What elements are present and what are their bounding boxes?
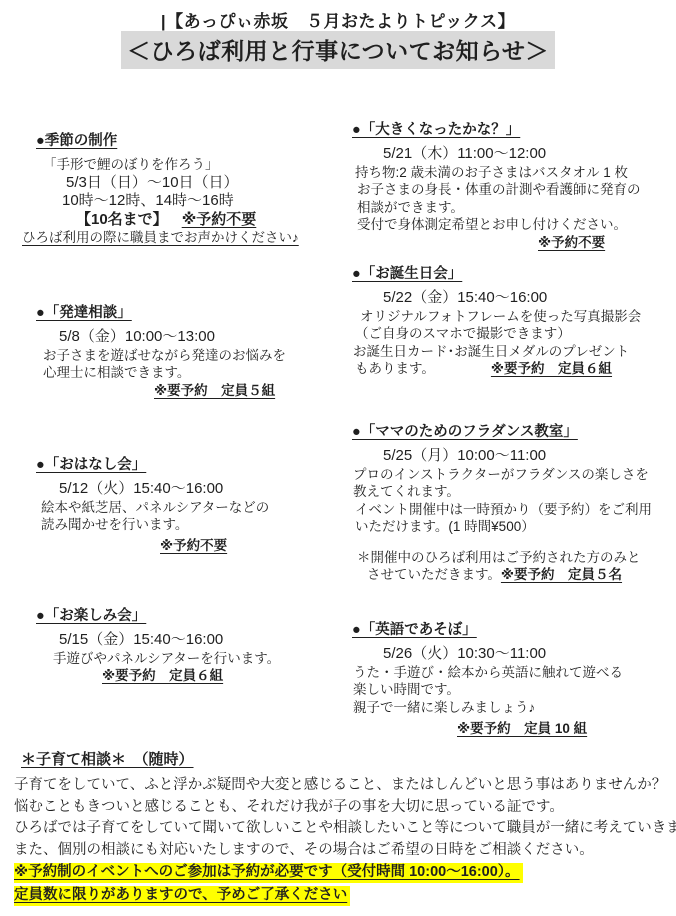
section-line: 【10名まで】※予約不要 [76,211,346,230]
text-run: もあります。 [355,361,435,376]
section-line: 親子で一緒に楽しみましょう♪ [353,699,672,717]
section-heading: ●「大きくなったかな？」 [352,120,672,140]
section-line: ひろば利用の際に職員までお声かけください♪ [22,229,346,247]
section-heading: ●「ママのためのフラダンス教室」 [352,422,672,442]
text-run: 持ち物:2 歳未満のお子さまはバスタオル 1 枚 [355,165,628,180]
text-run: 5/26（火）10:30～11:00 [383,645,546,662]
text-run: うた・手遊び・絵本から英語に触れて遊べる [353,665,623,680]
section-line: イベント開催中は一時預かり（要予約）をご利用 [355,501,672,519]
text-run: 5/8（金）10:00～13:00 [59,328,215,345]
section-line: 5/12（火）15:40～16:00 [59,480,336,499]
text-run: 5/25（月）10:00～11:00 [383,447,546,464]
section-line: させていただきます。※要予約 定員５名 [367,566,672,584]
consultation-footer: ＊子育て相談＊ （随時） 子育てをしていて、ふと浮かぶ疑問や大変と感じること、ま… [14,750,674,906]
text-run: 楽しい時間です。 [353,682,460,697]
section-line: 5/22（金）15:40～16:00 [383,289,672,308]
section-line: 5/21（木）11:00～12:00 [383,145,672,164]
section-line: ※予約不要 [538,234,672,252]
reservation-note: ※予約不要 [182,211,257,228]
event-section-hula-dance: ●「ママのためのフラダンス教室」5/25（月）10:00～11:00プロのインス… [352,422,672,584]
section-line: ※予約不要 [160,537,336,555]
section-heading: ●「お楽しみ会」 [36,606,336,626]
text-run: 教えてくれます。 [353,484,460,499]
text-run: お誕生日カード･お誕生日メダルのプレゼント [353,344,629,359]
text-run: させていただきます。 [367,567,501,582]
text-run: 5/15（金）15:40～16:00 [59,631,223,648]
section-line: 5/26（火）10:30～11:00 [383,645,672,664]
text-run: 5/3日（日）～10日（日） [66,174,239,191]
section-heading: ●「英語であそぼ」 [352,620,672,640]
section-line: 手遊びやパネルシアターを行います。 [53,650,336,668]
footer-text-line: ひろばでは子育てをしていて聞いて欲しいことや相談したいこと等について職員が一緒に… [14,818,674,840]
reservation-note: ※予約不要 [538,235,605,250]
newsletter-page: |【あっぴぃ赤坂 ５月おたよりトピックス】 ＜ひろば利用と行事についてお知らせ＞… [0,0,676,916]
section-heading: ●「おはなし会」 [36,455,336,475]
section-line: 楽しい時間です。 [353,681,672,699]
text-run: プロのインストラクターがフラダンスの楽しさを [353,467,649,482]
yellow-highlight-text: 定員数に限りがありますので、予めご了承ください [14,886,350,906]
section-line: ＊開催中のひろば利用はご予約された方のみと [357,549,672,567]
text-run: イベント開催中は一時預かり（要予約）をご利用 [355,502,652,517]
section-line: 10時～12時、14時～16時 [62,192,346,211]
reservation-note: ※予約不要 [160,538,227,553]
section-line: （ご自身のスマホで撮影できます） [355,325,672,343]
newsletter-title: |【あっぴぃ赤坂 ５月おたよりトピックス】 [0,7,676,32]
section-line: 受付で身体測定希望とお申し付けください。 [357,216,672,234]
section-line: もあります。※要予約 定員６組 [355,360,672,378]
reservation-note: ※要予約 定員 10 組 [457,721,587,736]
section-line: ※要予約 定員６組 [102,667,336,685]
section-line: うた・手遊び・絵本から英語に触れて遊べる [353,664,672,682]
section-line: お子さまを遊ばせながら発達のお悩みを [43,347,336,365]
section-line: オリジナルフォトフレームを使った写真撮影会 [360,308,672,326]
newsletter-subtitle: ＜ひろば利用と行事についてお知らせ＞ [121,31,555,69]
reservation-note: ※要予約 定員５組 [154,383,275,398]
text-run: 親子で一緒に楽しみましょう♪ [353,700,535,715]
footer-text-line: 悩むこともきついと感じることも、それだけ我が子の事を大切に思っている証です。 [14,797,674,819]
consultation-heading: ＊子育て相談＊ （随時） [21,750,674,770]
text-run: いただけます。(1 時間¥500） [355,519,535,534]
text-run: 心理士に相談できます。 [43,365,190,380]
highlighted-notice-line: ※予約制のイベントへのご参加は予約が必要です（受付時間 10:00～16:00）… [14,861,674,884]
text-run: 手遊びやパネルシアターを行います。 [53,651,280,666]
text-run: 絵本や紙芝居、パネルシアターなどの [41,500,269,515]
section-line: 絵本や紙芝居、パネルシアターなどの [41,499,336,517]
section-heading: ●「発達相談」 [36,303,336,323]
footer-text-line: 子育てをしていて、ふと浮かぶ疑問や大変と感じること、またはしんどいと思う事はあり… [14,775,674,797]
text-run: 5/21（木）11:00～12:00 [383,145,546,162]
text-run: 受付で身体測定希望とお申し付けください。 [357,217,627,232]
event-section-birthday-party: ●「お誕生日会」5/22（金）15:40～16:00オリジナルフォトフレームを使… [352,264,672,378]
event-section-development-consult: ●「発達相談」5/8（金）10:00～13:00お子さまを遊ばせながら発達のお悩… [36,303,336,399]
newsletter-subtitle-row: ＜ひろば利用と行事についてお知らせ＞ [0,31,676,69]
text-run: 相談ができます。 [357,200,464,215]
event-section-story-time: ●「おはなし会」5/12（火）15:40～16:00絵本や紙芝居、パネルシアター… [36,455,336,554]
section-line: ※要予約 定員 10 組 [457,720,672,738]
footer-text-line: また、個別の相談にも対応いたしますので、その場合はご希望の日時をご相談ください。 [14,840,674,862]
section-line: 相談ができます。 [357,199,672,217]
highlighted-notice-line: 定員数に限りがありますので、予めご了承ください [14,884,674,907]
section-line: 読み聞かせを行います。 [41,516,336,534]
text-run: （ご自身のスマホで撮影できます） [355,326,571,341]
event-section-seasonal-craft: ●季節の制作「手形で鯉のぼりを作ろう」5/3日（日）～10日（日）10時～12時… [36,131,346,247]
text-run: ＊開催中のひろば利用はご予約された方のみと [357,550,641,565]
yellow-highlight-text: ※予約制のイベントへのご参加は予約が必要です（受付時間 10:00～16:00）… [14,863,523,883]
section-line: いただけます。(1 時間¥500） [355,518,672,536]
reservation-note: ※要予約 定員６組 [491,361,612,376]
section-line: 心理士に相談できます。 [43,364,336,382]
section-line: 持ち物:2 歳未満のお子さまはバスタオル 1 枚 [355,164,672,182]
section-line: 5/3日（日）～10日（日） [66,174,346,193]
section-line: ※要予約 定員５組 [154,382,336,400]
section-line: 5/25（月）10:00～11:00 [383,447,672,466]
event-section-english-play: ●「英語であそぼ」5/26（火）10:30～11:00うた・手遊び・絵本から英語… [352,620,672,738]
event-section-growth-check: ●「大きくなったかな？」5/21（木）11:00～12:00持ち物:2 歳未満の… [352,120,672,251]
event-section-fun-party: ●「お楽しみ会」5/15（金）15:40～16:00手遊びやパネルシアターを行い… [36,606,336,685]
text-run: お子さまを遊ばせながら発達のお悩みを [43,348,286,363]
reservation-note: ※要予約 定員５名 [501,567,622,582]
text-run: 読み聞かせを行います。 [41,517,188,532]
text-run: 10時～12時、14時～16時 [62,192,234,209]
consultation-body: 子育てをしていて、ふと浮かぶ疑問や大変と感じること、またはしんどいと思う事はあり… [14,775,674,906]
reservation-note: 【10名まで】 [76,211,168,228]
text-run: オリジナルフォトフレームを使った写真撮影会 [360,309,641,324]
reservation-note: ※要予約 定員６組 [102,668,223,683]
section-line: 教えてくれます。 [353,483,672,501]
section-line: お子さまの身長・体重の計測や看護師に発育の [357,181,672,199]
section-line: お誕生日カード･お誕生日メダルのプレゼント [353,343,672,361]
text-run: 5/12（火）15:40～16:00 [59,480,223,497]
text-run: お子さまの身長・体重の計測や看護師に発育の [357,182,641,197]
text-run: 5/22（金）15:40～16:00 [383,289,547,306]
section-line: 5/15（金）15:40～16:00 [59,631,336,650]
section-heading: ●「お誕生日会」 [352,264,672,284]
section-line: プロのインストラクターがフラダンスの楽しさを [353,466,672,484]
reservation-note: ひろば利用の際に職員までお声かけください♪ [22,230,299,245]
section-heading: ●季節の制作 [36,131,346,151]
section-line: 「手形で鯉のぼりを作ろう」 [43,156,346,174]
section-line: 5/8（金）10:00～13:00 [59,328,336,347]
text-run: 「手形で鯉のぼりを作ろう」 [43,157,219,172]
